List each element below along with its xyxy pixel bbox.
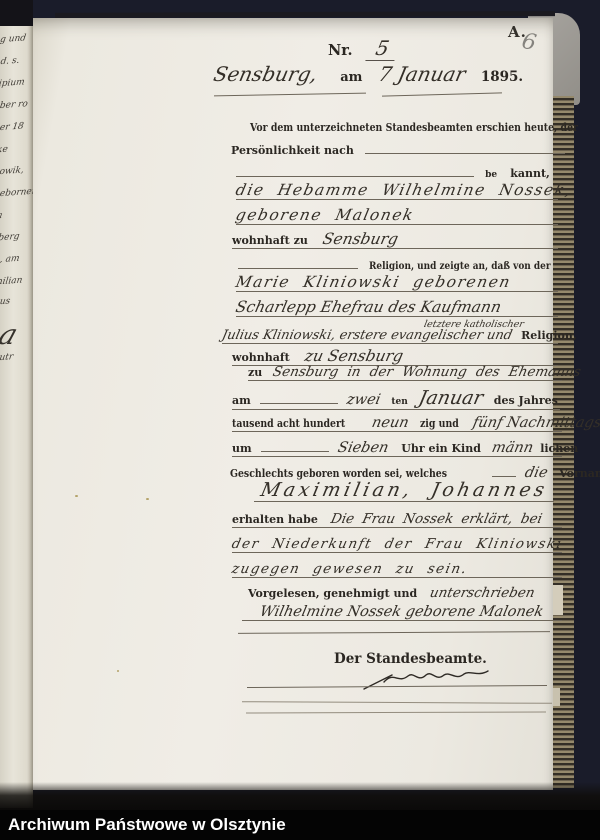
vornamen-label: Vornamen bbox=[559, 467, 600, 480]
page-bottom-shadow bbox=[0, 782, 600, 812]
decade-entry: neun bbox=[371, 415, 411, 431]
vorgelesen-line: Vorgelesen, genehmigt und unterschrieben bbox=[248, 582, 535, 601]
place-date-line: Sensburg, am 7 Januar 1895. bbox=[214, 62, 523, 86]
registrar-signature-scrawl bbox=[362, 666, 492, 692]
birth-date-line: am zwei ten Januar des Jahres bbox=[232, 387, 560, 410]
paper-speck bbox=[75, 495, 78, 497]
margin-note-fragment: la bbox=[0, 208, 33, 221]
book-top-edge bbox=[55, 11, 555, 18]
mother-line-3: Julius Kliniowski, erstere evangelischer… bbox=[222, 324, 558, 344]
lichen-label: lichen bbox=[540, 442, 578, 455]
wohnhaft-zu-label: wohnhaft zu bbox=[232, 234, 308, 247]
declarant-signature-line: Wilhelmine Nossek geborene Malonek bbox=[242, 601, 562, 621]
blank-rule bbox=[261, 440, 329, 452]
margin-note-fragment: autr bbox=[0, 350, 33, 363]
declarant-line-2: geborene Malonek bbox=[236, 205, 558, 225]
nr-label: Nr. bbox=[328, 42, 353, 59]
previous-page-edge: ßg und t d. s. zipium uber ro der 18 lke… bbox=[0, 0, 33, 808]
declarant-residence-line: wohnhaft zu Sensburg bbox=[232, 229, 558, 249]
birth-year-line: tausend acht hundert neun zig und fünf N… bbox=[232, 412, 562, 432]
binding-shadow bbox=[0, 0, 33, 26]
record-number: Nr. 5 bbox=[328, 36, 396, 61]
margin-note-fragment: zipium bbox=[0, 76, 33, 89]
tausend-label: tausend acht hundert bbox=[232, 417, 345, 430]
blank-rule bbox=[238, 257, 358, 269]
child-name-entry: Maximilian, Johannes bbox=[258, 479, 549, 501]
des-jahres-label: des Jahres bbox=[494, 394, 558, 407]
pencil-page-number: 6 bbox=[522, 30, 536, 55]
note-line-2: der Niederkunft der Frau Kliniowski bbox=[232, 533, 562, 553]
intro-line-1: Vor dem unterzeichneten Standesbeamten e… bbox=[250, 116, 600, 135]
religion-label: Religion, bbox=[521, 329, 577, 342]
bekannt-line: be kannt, bbox=[236, 162, 550, 181]
intro-line-2: Persönlichkeit nach bbox=[231, 139, 565, 158]
um-label: um bbox=[232, 442, 252, 455]
gender-entry: männ bbox=[490, 440, 534, 456]
place-entry: Sensburg, bbox=[211, 62, 319, 86]
margin-flourish: a bbox=[0, 318, 22, 351]
birth-month-entry: Januar bbox=[417, 387, 486, 409]
am-label-2: am bbox=[232, 394, 251, 407]
zig-und-label: zig und bbox=[420, 417, 459, 430]
note-line-1: erhalten habe Die Frau Nossek erklärt, b… bbox=[232, 508, 562, 528]
religion-line: Religion, und zeigte an, daß von der bbox=[238, 254, 583, 273]
register-page: A. 6 Nr. 5 Sensburg, am 7 Januar 1895. V… bbox=[32, 18, 553, 790]
am-label: am bbox=[340, 70, 362, 85]
archive-watermark-bar: Archiwum Państwowe w Olsztynie bbox=[0, 810, 600, 840]
year-units-entry: fünf Nachmittags bbox=[471, 415, 600, 431]
blank-rule bbox=[236, 165, 474, 177]
erhalten-habe-label: erhalten habe bbox=[232, 513, 318, 526]
rule bbox=[242, 701, 552, 704]
declarant-line-1: die Hebamme Wilhelmine Nossek, bbox=[236, 180, 558, 200]
paper-speck bbox=[146, 498, 149, 500]
archive-watermark-text: Archiwum Państwowe w Olsztynie bbox=[8, 815, 286, 834]
declarant-signature: Wilhelmine Nossek geborene Malonek bbox=[259, 604, 546, 620]
ten-label: ten bbox=[391, 397, 407, 407]
margin-note-fragment: t d. s. bbox=[0, 54, 33, 67]
blank-rule bbox=[260, 392, 338, 404]
mother-line-1: Marie Kliniowski geborenen bbox=[236, 272, 558, 292]
birth-day-entry: zwei bbox=[345, 392, 382, 408]
zu-label: zu bbox=[248, 366, 262, 379]
residence-entry: Sensburg bbox=[321, 230, 400, 248]
date-entry: 7 Januar bbox=[377, 62, 468, 86]
be-fragment: be bbox=[485, 170, 497, 180]
year-printed: 1895. bbox=[481, 69, 523, 85]
note-line-3: zugegen gewesen zu sein. bbox=[232, 558, 562, 578]
margin-note-fragment: der 18 bbox=[0, 120, 33, 133]
kannt-fragment: kannt, bbox=[510, 167, 550, 180]
child-name-line: Maximilian, Johannes bbox=[254, 479, 554, 502]
birth-hour-line: um Sieben Uhr ein Kind männ lichen bbox=[232, 437, 562, 457]
rule bbox=[382, 92, 502, 96]
paper-speck bbox=[117, 670, 119, 672]
margin-note-fragment: uber ro bbox=[0, 98, 33, 111]
margin-note-fragment: rberg bbox=[0, 230, 33, 243]
rule bbox=[238, 631, 550, 634]
margin-note-fragment: lke bbox=[0, 142, 33, 155]
rule bbox=[214, 93, 366, 97]
blank-rule bbox=[365, 142, 565, 154]
birth-place-line: zu Sensburg in der Wohnung des Ehemanns bbox=[248, 361, 562, 381]
margin-note-fragment: lius bbox=[0, 294, 33, 307]
standesbeamte-line: Der Standesbeamte. bbox=[334, 648, 487, 667]
birth-place-entry: Sensburg in der Wohnung des Ehemanns bbox=[272, 364, 583, 380]
blank-rule bbox=[492, 465, 516, 477]
margin-note-fragment: g, am bbox=[0, 252, 33, 265]
nr-value: 5 bbox=[365, 36, 399, 61]
uhr-ein-kind-label: Uhr ein Kind bbox=[401, 442, 481, 455]
unterschrieben-entry: unterschrieben bbox=[429, 585, 537, 601]
archival-scan: A. 6 Nr. 5 Sensburg, am 7 Januar 1895. V… bbox=[0, 0, 600, 840]
margin-note-fragment: kowik, bbox=[0, 164, 33, 177]
birth-hour-entry: Sieben bbox=[336, 440, 390, 456]
margin-note-fragment: milian bbox=[0, 274, 33, 287]
rule bbox=[246, 711, 546, 713]
margin-note-fragment: gebornen bbox=[0, 186, 33, 199]
margin-note-fragment: ßg und bbox=[0, 32, 33, 45]
